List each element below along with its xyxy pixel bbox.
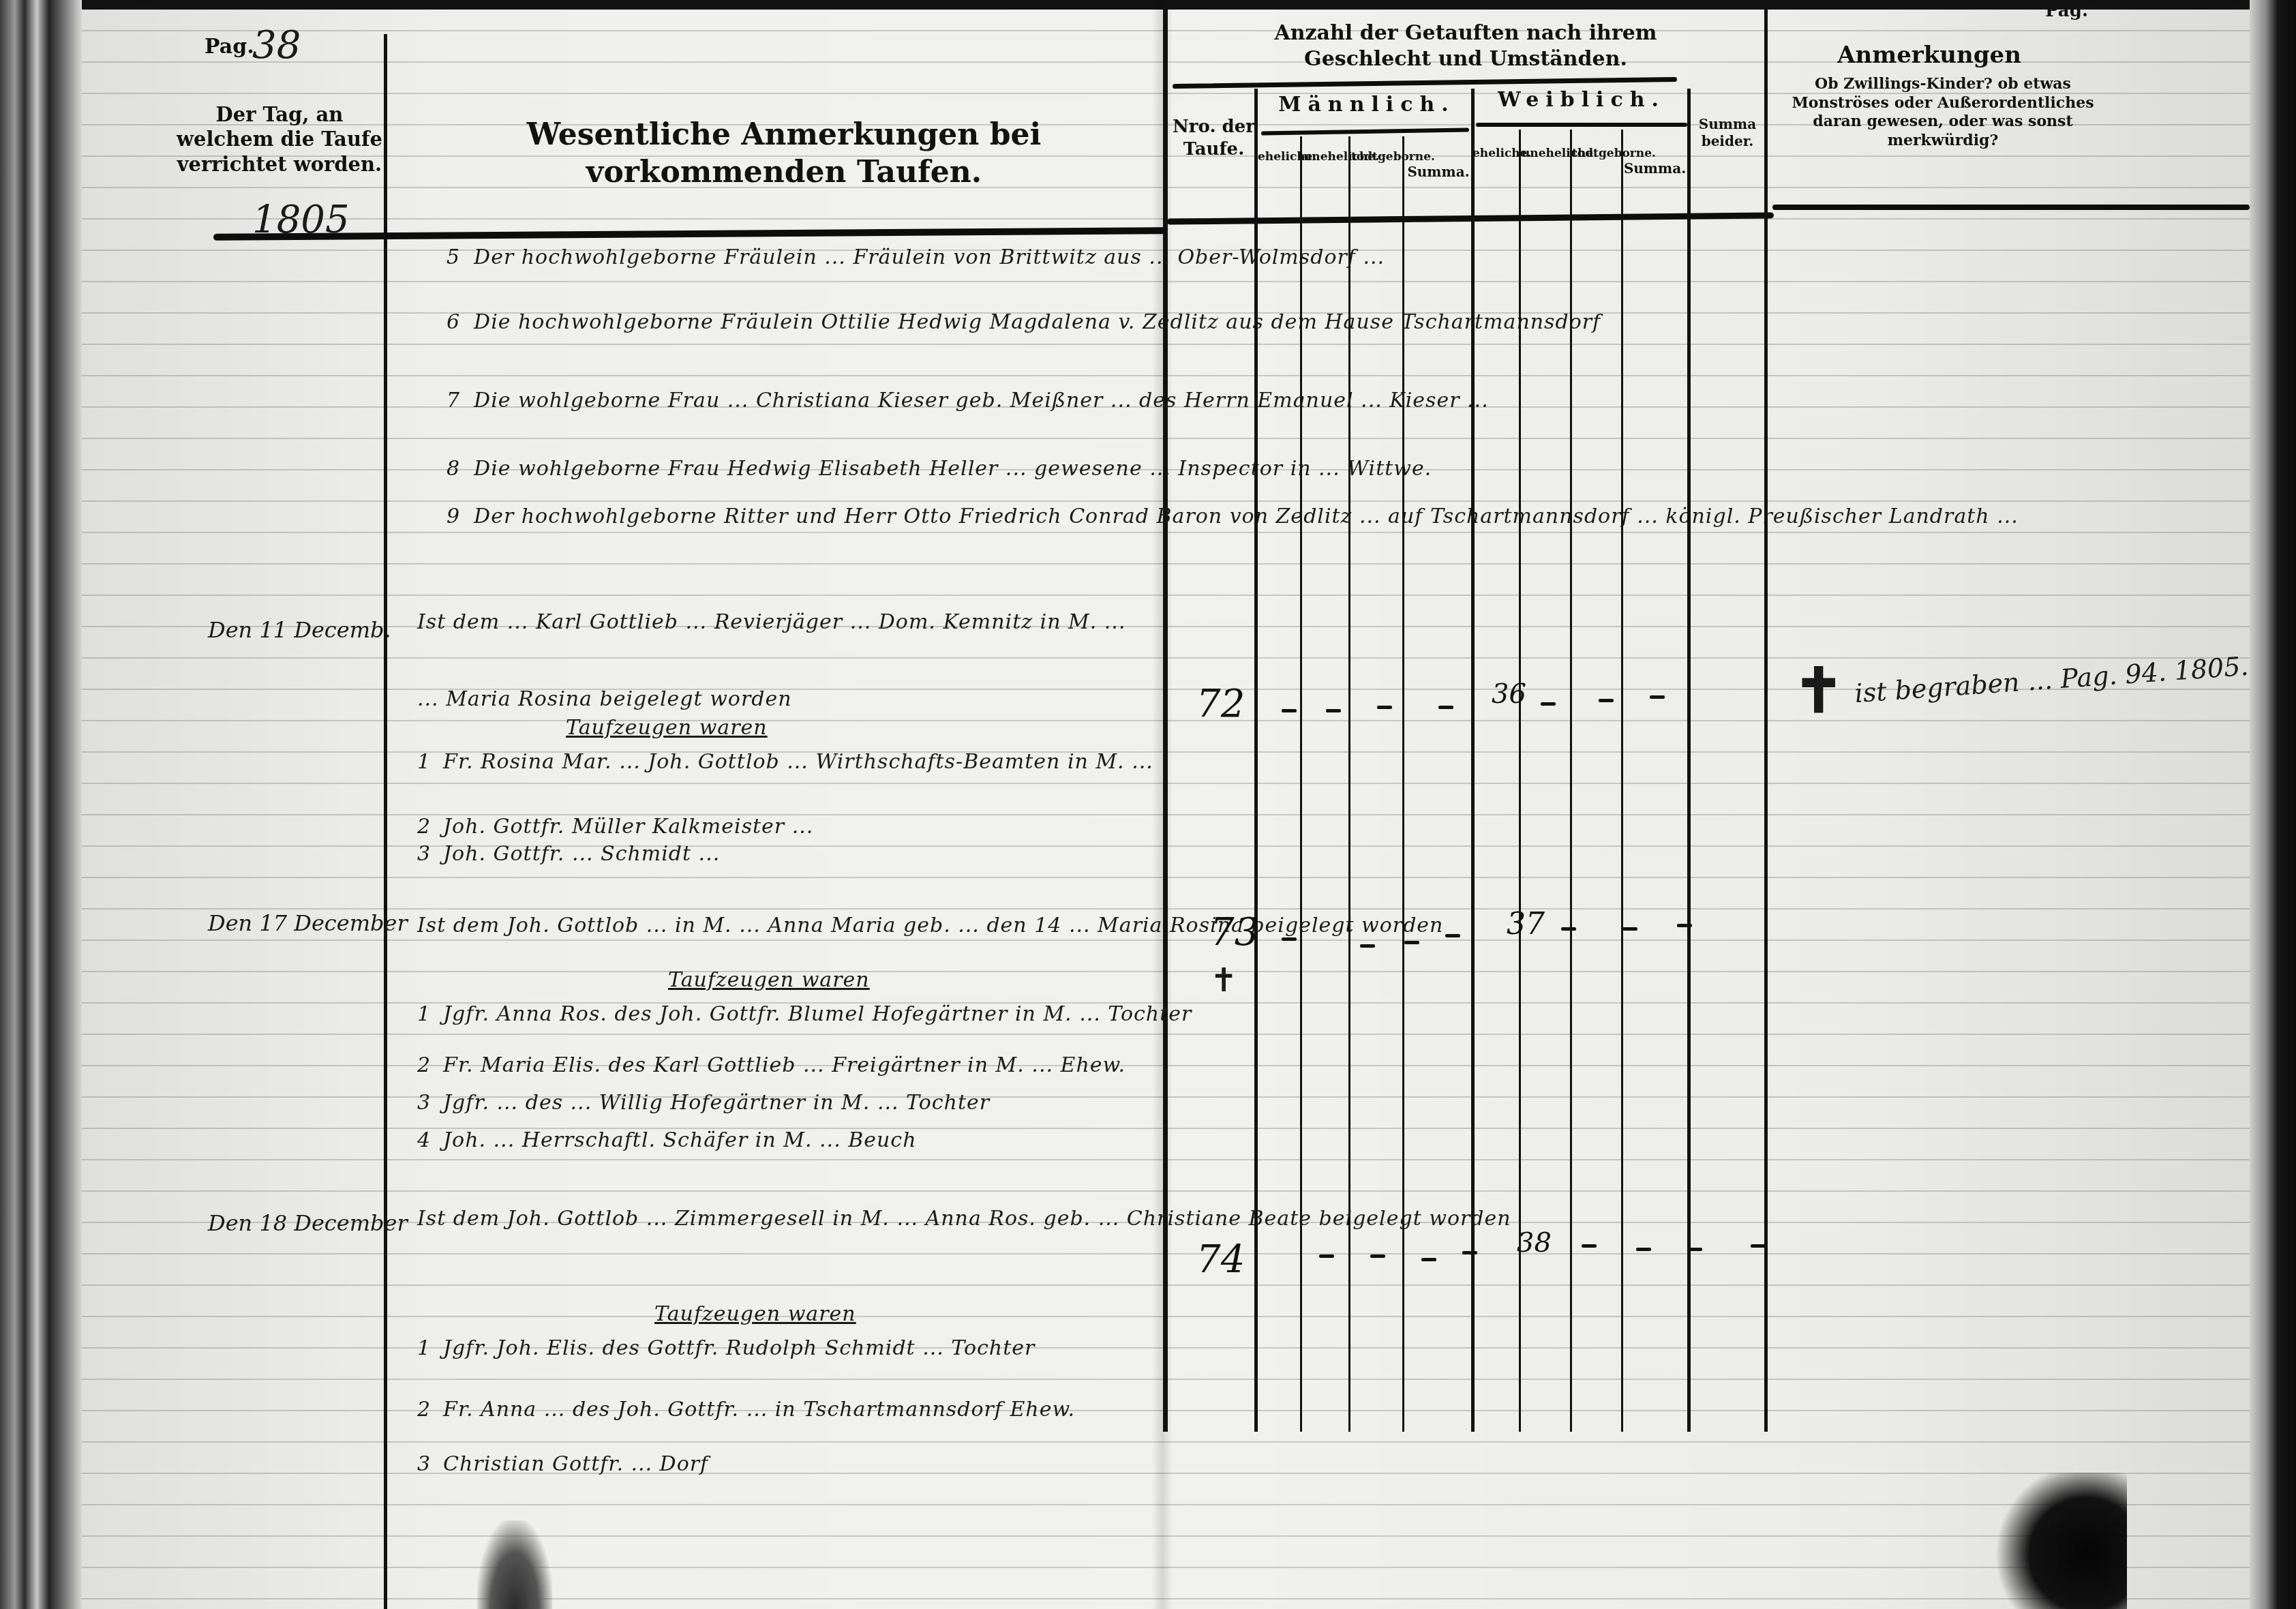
baptism-number: 72	[1196, 682, 1245, 726]
column-divider	[1621, 130, 1623, 1432]
male-group-header: Männlich.	[1261, 92, 1472, 118]
female-sum-header: Summa.	[1622, 160, 1687, 177]
column-divider	[1570, 130, 1572, 1432]
empty-mark	[1404, 941, 1419, 944]
empty-mark	[1282, 709, 1297, 712]
female-group-header: Weiblich.	[1476, 87, 1687, 113]
entry-date: Den 11 Decemb.	[208, 617, 391, 643]
empty-mark	[1582, 1244, 1597, 1248]
male-illegit-header: uneheliche.	[1303, 150, 1350, 164]
empty-mark	[1445, 934, 1460, 937]
sum-both-header: Summa beider.	[1689, 116, 1766, 150]
page-label-right: Pag.	[2045, 0, 2088, 22]
thumb-shadow	[477, 1520, 552, 1609]
godparent-line: 3Christian Gottfr. ... Dorf	[417, 1452, 708, 1476]
empty-mark	[1622, 927, 1637, 931]
empty-mark	[1751, 1244, 1766, 1248]
godparents-heading: Taufzeugen waren	[566, 716, 768, 740]
entry-line: 9Der hochwohlgeborne Ritter und Herr Ott…	[447, 505, 2019, 528]
male-sum-header: Summa.	[1404, 164, 1472, 181]
empty-mark	[1377, 706, 1392, 709]
entry-line: 8Die wohlgeborne Frau Hedwig Elisabeth H…	[447, 457, 1432, 481]
female-stillborn-header: todtgeborne.	[1572, 147, 1621, 161]
column-divider	[1402, 136, 1404, 1432]
empty-mark	[1650, 695, 1665, 699]
male-legit-header: eheliche.	[1258, 150, 1302, 164]
entry-line: 6Die hochwohlgeborne Fräulein Ottilie He…	[447, 310, 1601, 334]
female-illegit-header: uneheliche.	[1522, 147, 1571, 161]
entry-line: ... Maria Rosina beigelegt worden	[417, 687, 792, 711]
column-divider	[1254, 89, 1258, 1432]
remarks-title: Anmerkungen	[1779, 41, 2079, 70]
page-edge-shadow	[2250, 0, 2296, 1609]
empty-mark	[1282, 937, 1297, 941]
corner-shadow	[1991, 1473, 2127, 1609]
godparents-heading: Taufzeugen waren	[668, 968, 870, 992]
female-legit-count: 38	[1517, 1227, 1552, 1259]
entry-line: Ist dem ... Karl Gottlieb ... Revierjäge…	[417, 610, 1126, 634]
empty-mark	[1326, 709, 1341, 712]
spine-shadow	[1152, 0, 1173, 1609]
remarks-subtitle: Ob Zwillings-Kinder? ob etwas Monströses…	[1779, 75, 2106, 150]
baptism-number: 73	[1210, 910, 1258, 954]
male-stillborn-header: todtgeborne.	[1351, 150, 1404, 164]
table-header: Anzahl der Getauften nach ihrem Geschlec…	[1227, 20, 1704, 72]
date-column-header: Der Tag, an welchem die Taufe verrichtet…	[174, 102, 385, 177]
entry-line: Ist dem Joh. Gottlob ... in M. ... Anna …	[417, 914, 1443, 937]
empty-mark	[1541, 702, 1556, 706]
godparent-line: 1Jgfr. Anna Ros. des Joh. Gottfr. Blumel…	[417, 1002, 1192, 1026]
godparent-line: 4Joh. ... Herrschaftl. Schäfer in M. ...…	[417, 1128, 916, 1152]
empty-mark	[1561, 927, 1576, 931]
entry-line: Ist dem Joh. Gottlob ... Zimmergesell in…	[417, 1207, 1511, 1231]
remarks-column-header: Wesentliche Anmerkungen bei vorkommenden…	[409, 116, 1159, 191]
female-group-rule	[1476, 123, 1687, 127]
godparent-line: 1Jgfr. Joh. Elis. des Gottfr. Rudolph Sc…	[417, 1336, 1035, 1360]
empty-mark	[1438, 706, 1453, 709]
column-divider	[1687, 89, 1691, 1432]
entry-date: Den 17 December	[208, 910, 408, 936]
empty-mark	[1319, 1254, 1334, 1258]
female-legit-count: 36	[1492, 678, 1526, 710]
empty-mark	[1599, 699, 1614, 702]
top-shadow	[0, 0, 2296, 10]
book-binding-edge	[0, 0, 82, 1609]
godparent-line: 2Fr. Maria Elis. des Karl Gottlieb ... F…	[417, 1053, 1126, 1077]
page-number-left: 38	[252, 23, 301, 67]
column-divider	[1300, 136, 1302, 1432]
empty-mark	[1360, 944, 1375, 948]
godparent-line: 3Joh. Gottfr. ... Schmidt ...	[417, 842, 720, 866]
page-label-left: Pag.	[205, 34, 254, 60]
godparent-line: 3Jgfr. ... des ... Willig Hofegärtner in…	[417, 1091, 990, 1115]
empty-mark	[1421, 1258, 1436, 1261]
empty-mark	[1462, 1251, 1477, 1254]
entry-date: Den 18 December	[208, 1210, 408, 1236]
female-legit-header: eheliche.	[1472, 147, 1520, 161]
column-divider	[1471, 89, 1475, 1432]
cross-icon: ✝	[1793, 655, 1844, 727]
empty-mark	[1687, 1248, 1702, 1251]
date-column-divider	[384, 34, 387, 1609]
header-rule-remarks	[1772, 205, 2250, 210]
empty-mark	[1636, 1248, 1651, 1251]
godparent-line: 1Fr. Rosina Mar. ... Joh. Gottlob ... Wi…	[417, 750, 1153, 774]
godparent-line: 2Joh. Gottfr. Müller Kalkmeister ...	[417, 815, 813, 839]
godparents-heading: Taufzeugen waren	[654, 1302, 856, 1326]
cross-icon: ✝	[1210, 961, 1237, 999]
column-divider	[1348, 136, 1350, 1432]
column-divider	[1764, 7, 1768, 1432]
empty-mark	[1677, 924, 1692, 927]
female-legit-count: 37	[1507, 907, 1545, 942]
nro-column-header: Nro. der Taufe.	[1171, 116, 1256, 160]
baptism-number: 74	[1196, 1237, 1245, 1282]
empty-mark	[1370, 1254, 1385, 1258]
entry-line: 7Die wohlgeborne Frau ... Christiana Kie…	[447, 389, 1489, 412]
godparent-line: 2Fr. Anna ... des Joh. Gottfr. ... in Ts…	[417, 1398, 1075, 1422]
entry-line: 5Der hochwohlgeborne Fräulein ... Fräule…	[447, 245, 1385, 269]
